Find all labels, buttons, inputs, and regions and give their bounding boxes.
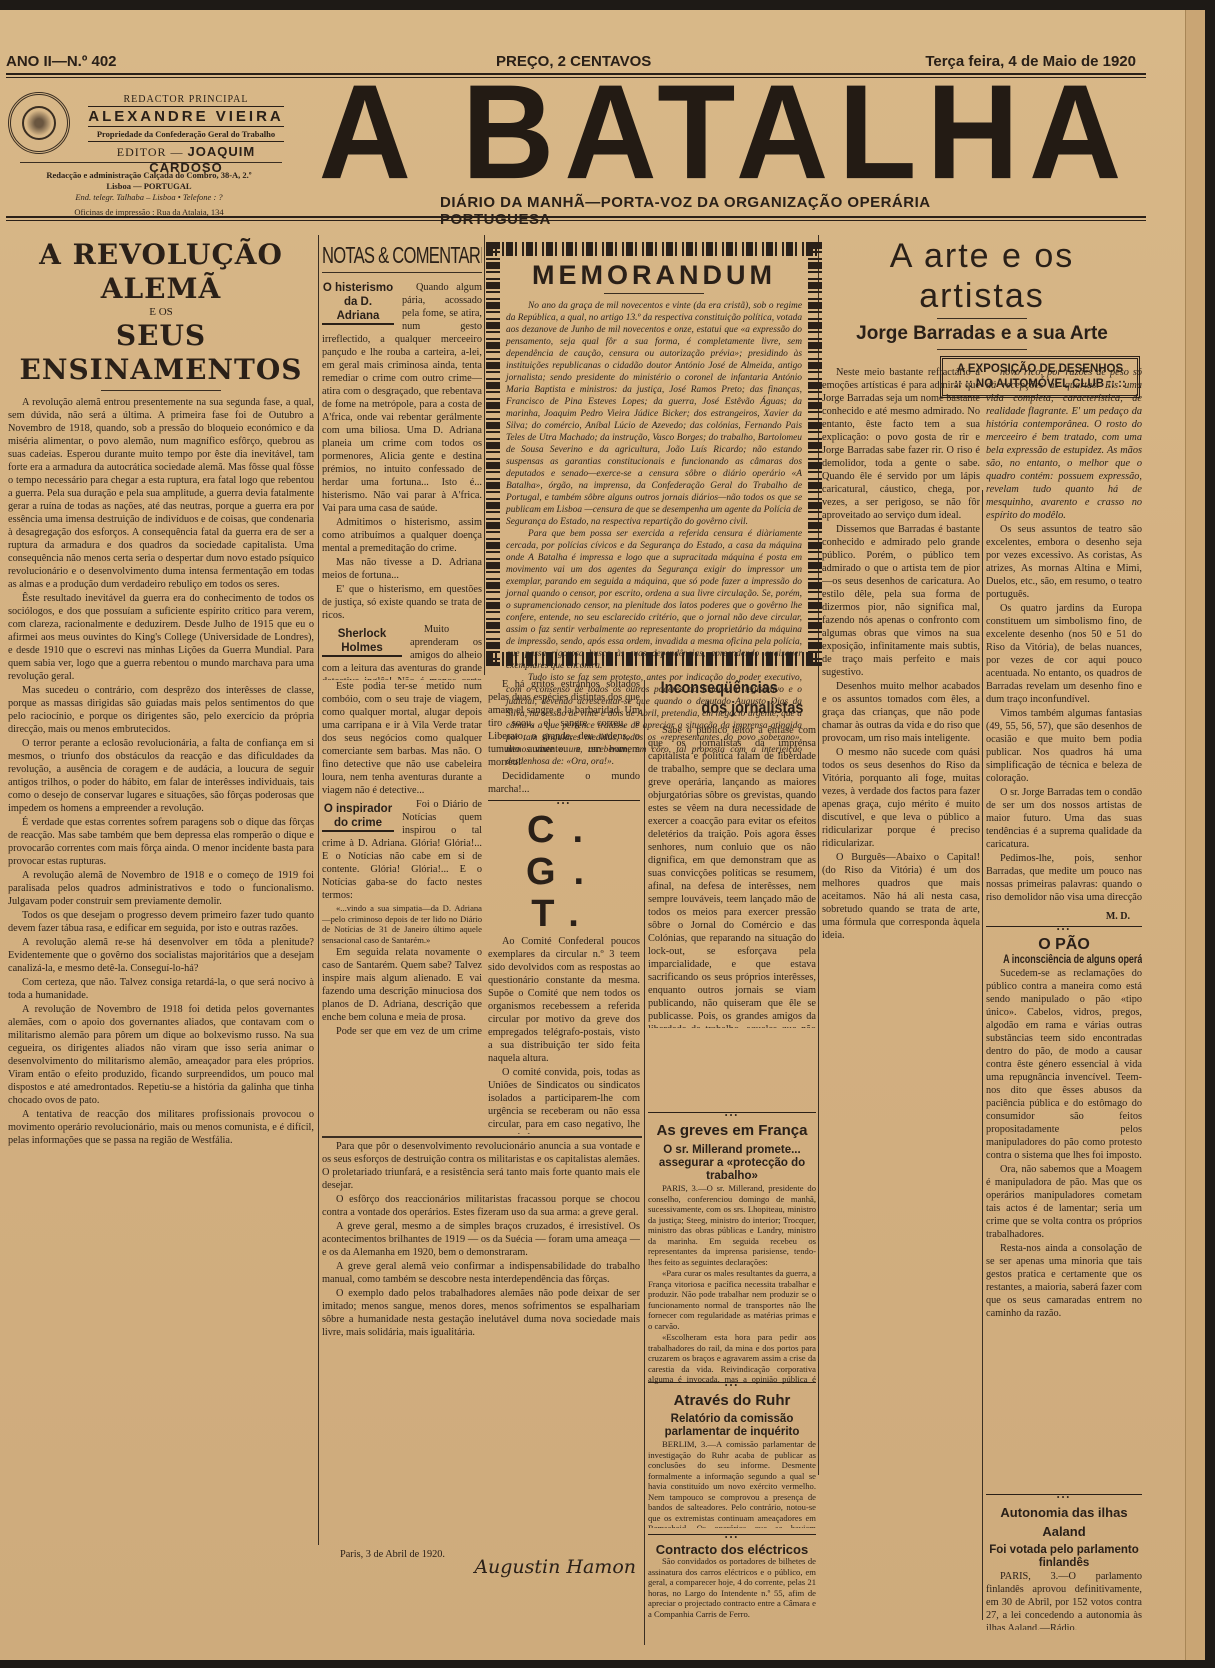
article-revolucao-continuation: Para que pôr o desenvolvimento revolucio… [322, 1140, 640, 1540]
page-edge [1185, 10, 1205, 1660]
article-revolucao-alema: A REVOLUÇÃO ALEMÃ E OS SEUS ENSINAMENTOS… [8, 238, 314, 1638]
headline-revolucao-line2: SEUS ENSINAMENTOS [8, 319, 314, 387]
subhead-jorge-barradas: Jorge Barradas e a sua Arte [822, 321, 1142, 347]
newspaper-title: A BATALHA [295, 65, 1155, 202]
headline-ruhr: Através do Ruhr [648, 1391, 816, 1410]
subhead-pao: A inconsciência de alguns operários [1003, 954, 1125, 967]
article-electricos: ••• Contracto dos eléctricos São convida… [648, 1530, 816, 1630]
headline-electricos: Contracto dos eléctricos [648, 1543, 816, 1556]
headline-pao: O PÃO [986, 935, 1142, 954]
subhead-histerismo: O histerismo da D. Adriana [322, 281, 394, 325]
ornamental-border-left [486, 242, 500, 666]
headline-revolucao-conj: E OS [8, 306, 314, 319]
headline-greves-franca: As greves em França [648, 1121, 816, 1140]
article-ruhr: ••• Através do Ruhr Relatório da comissã… [648, 1378, 816, 1528]
subhead-millerand: O sr. Millerand promete... assegurar a «… [648, 1144, 816, 1183]
headline-arte: A arte e os artistas [822, 236, 1142, 316]
column-rule [318, 235, 319, 1545]
cgt-seal-icon [8, 92, 70, 154]
column-rule [982, 490, 983, 1620]
newspaper-page: ANO II—N.º 402 PREÇO, 2 CENTAVOS Terça f… [0, 10, 1205, 1660]
property-line: Propriedade da Confederação Geral do Tra… [88, 127, 284, 142]
newspaper-subtitle: DIÁRIO DA MANHÃ—PORTA-VOZ DA ORGANIZAÇÃO… [440, 194, 1020, 228]
column-rule [644, 680, 645, 1645]
address-block: Redacção e administração Calçada do Comb… [14, 170, 284, 218]
article-arte-col1: Neste meio bastante refractário a emoçõe… [822, 366, 980, 1476]
section-notas-cont: Este podia ter-se metido num combóio, co… [322, 680, 482, 1040]
redactor-name: ALEXANDRE VIEIRA [88, 107, 284, 127]
credits-divider [20, 162, 282, 163]
ornamental-border-right [808, 242, 822, 666]
article-inconsequencias: Inconseqüências dos jornalistas Sabe o p… [648, 678, 816, 1028]
article-greves-franca: ••• As greves em França O sr. Millerand … [648, 1108, 816, 1384]
masthead-credits: REDACTOR PRINCIPAL ALEXANDRE VIEIRA Prop… [88, 94, 284, 178]
subhead-sherlock-holmes: Sherlock Holmes [322, 627, 402, 657]
article-pao: ••• O PÃO A inconsciência de alguns oper… [986, 922, 1142, 1482]
section-notas-comentarios: NOTAS & COMENTARIOS O histerismo da D. A… [322, 240, 482, 680]
column-rule [484, 235, 485, 675]
memorandum-box: MEMORANDUM No ano da graça de mil novece… [486, 242, 822, 666]
section-title-notas: NOTAS & COMENTARIOS [322, 240, 437, 270]
article-revolucao-sign: Paris, 3 de Abril de 1920. Augustin Hamo… [340, 1548, 640, 1608]
redactor-label: REDACTOR PRINCIPAL [88, 94, 284, 107]
ornamental-border [486, 242, 822, 666]
headline-aland: Autonomia das ilhas Aaland [986, 1503, 1142, 1541]
subhead-inspirador: O inspirador do crime [322, 802, 394, 832]
author-signature: Augustin Hamon [340, 1561, 640, 1574]
subhead-ruhr: Relatório da comissão parlamentar de inq… [648, 1413, 816, 1439]
headline-inconsequencias-1: Inconseqüências [661, 678, 804, 698]
masthead-rule-bottom [6, 216, 1146, 221]
article-cgt: E há gritos estranhos soltados pelas dua… [488, 678, 640, 1134]
article-aland: ••• Autonomia das ilhas Aaland Foi votad… [986, 1490, 1142, 1630]
headline-inconsequencias-2: dos jornalistas [661, 698, 804, 718]
headline-cgt: C. G. T. [488, 809, 640, 935]
headline-revolucao-line1: A REVOLUÇÃO ALEMÃ [8, 238, 314, 306]
subhead-aland: Foi votada pelo parlamento finlandês [986, 1544, 1142, 1570]
article-arte-col2: novo rico, por razões de pêso só dá rece… [986, 366, 1142, 906]
